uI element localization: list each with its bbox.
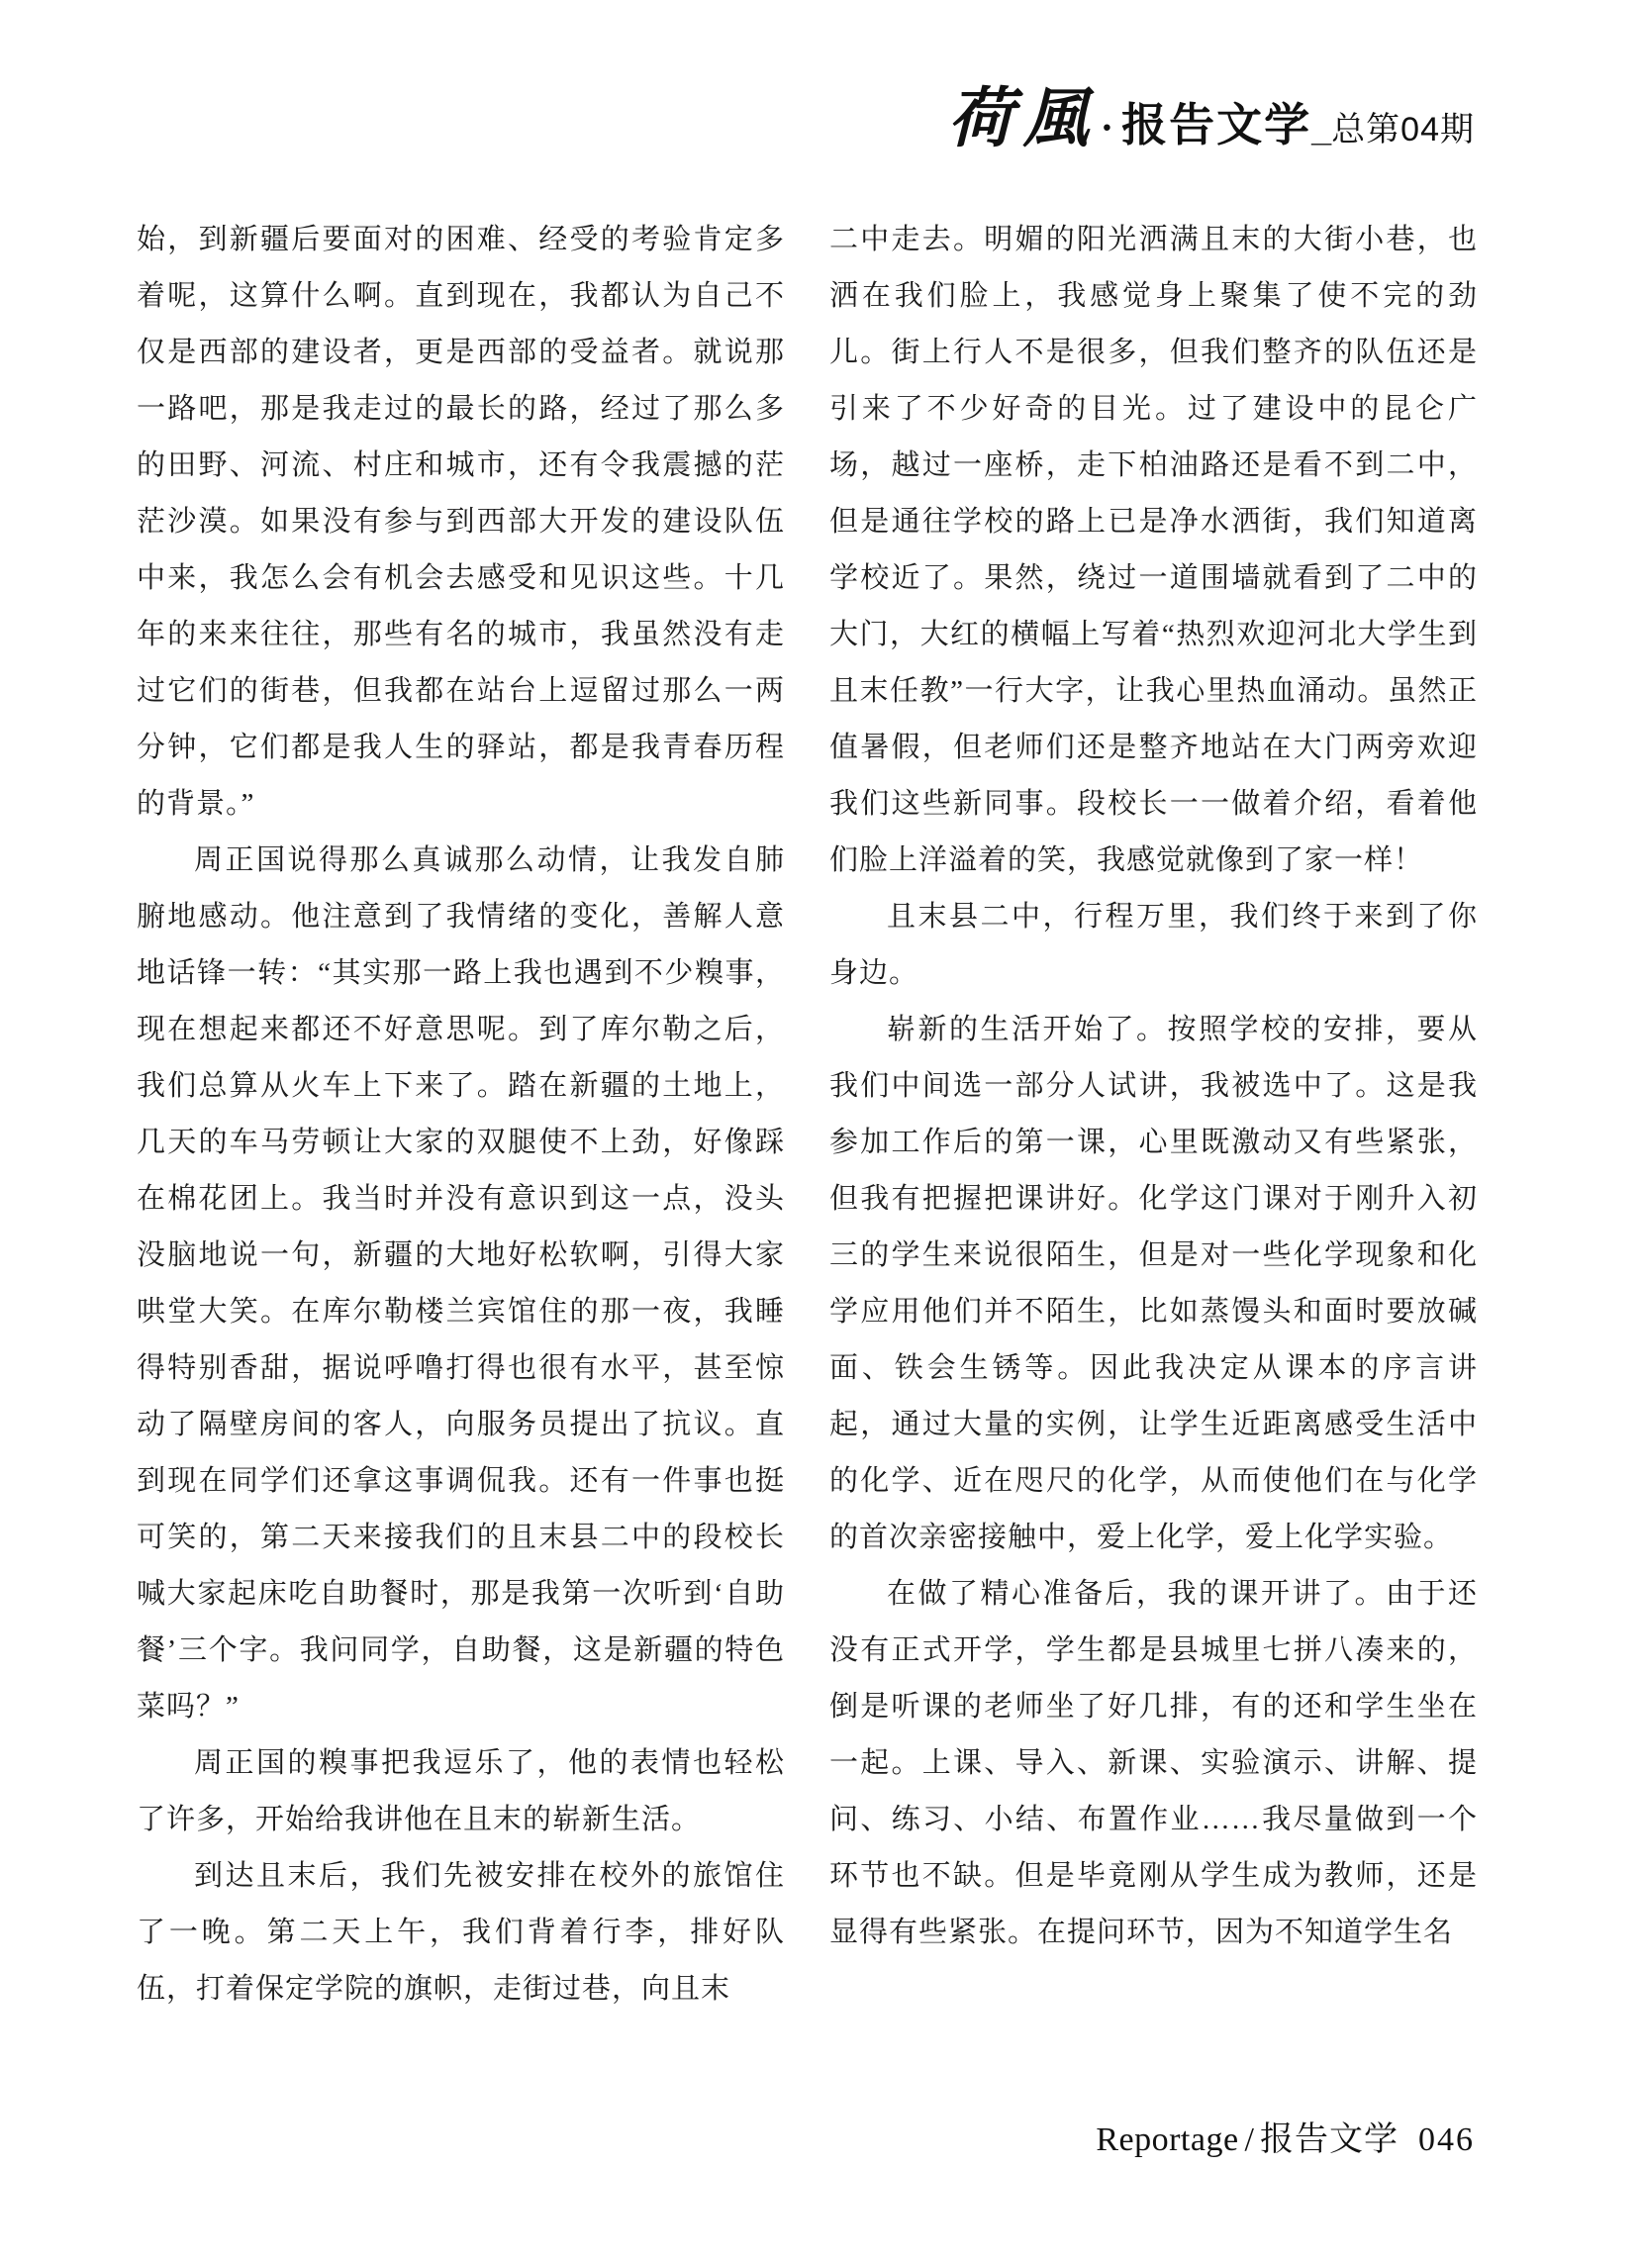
paragraph: 周正国说得那么真诚那么动情，让我发自肺腑地感动。他注意到了我情绪的变化，善解人意… — [137, 833, 785, 1735]
paragraph: 崭新的生活开始了。按照学校的安排，要从我们中间选一部分人试讲，我被选中了。这是我… — [829, 1002, 1478, 1566]
paragraph: 到达且末后，我们先被安排在校外的旅馆住了一晚。第二天上午，我们背着行李，排好队伍… — [137, 1848, 785, 2018]
paragraph: 始，到新疆后要面对的困难、经受的考验肯定多着呢，这算什么啊。直到现在，我都认为自… — [137, 212, 785, 833]
paragraph: 在做了精心准备后，我的课开讲了。由于还没有正式开学，学生都是县城里七拼八凑来的，… — [829, 1566, 1478, 1961]
paragraph: 且末县二中，行程万里，我们终于来到了你身边。 — [829, 889, 1478, 1002]
magazine-page: 荷風 · 报告文学 _ 总第04期 始，到新疆后要面对的困难、经受的考验肯定多着… — [0, 0, 1640, 2268]
paragraph: 周正国的糗事把我逗乐了，他的表情也轻松了许多，开始给我讲他在且末的崭新生活。 — [137, 1735, 785, 1848]
issue-number: 总第04期 — [1331, 102, 1475, 150]
footer-page-number: 046 — [1418, 2121, 1475, 2159]
footer-journal-cn: 报告文学 — [1260, 2112, 1399, 2160]
page-footer: Reportage / 报告文学 046 — [1096, 2112, 1475, 2160]
magazine-header: 荷風 · 报告文学 _ 总第04期 — [948, 87, 1475, 152]
article-column-right: 二中走去。明媚的阳光洒满且末的大街小巷，也洒在我们脸上，我感觉身上聚集了使不完的… — [829, 212, 1478, 2023]
header-dot-separator: · — [1101, 104, 1113, 150]
paragraph: 二中走去。明媚的阳光洒满且末的大街小巷，也洒在我们脸上，我感觉身上聚集了使不完的… — [829, 212, 1478, 889]
issue-underscore: _ — [1311, 108, 1331, 149]
brand-calligraphy-logo: 荷風 — [948, 87, 1099, 152]
footer-slash-separator: / — [1245, 2121, 1254, 2159]
article-column-left: 始，到新疆后要面对的困难、经受的考验肯定多着呢，这算什么啊。直到现在，我都认为自… — [137, 212, 785, 2023]
footer-journal-en: Reportage — [1096, 2121, 1238, 2159]
section-title: 报告文学 — [1121, 102, 1311, 148]
